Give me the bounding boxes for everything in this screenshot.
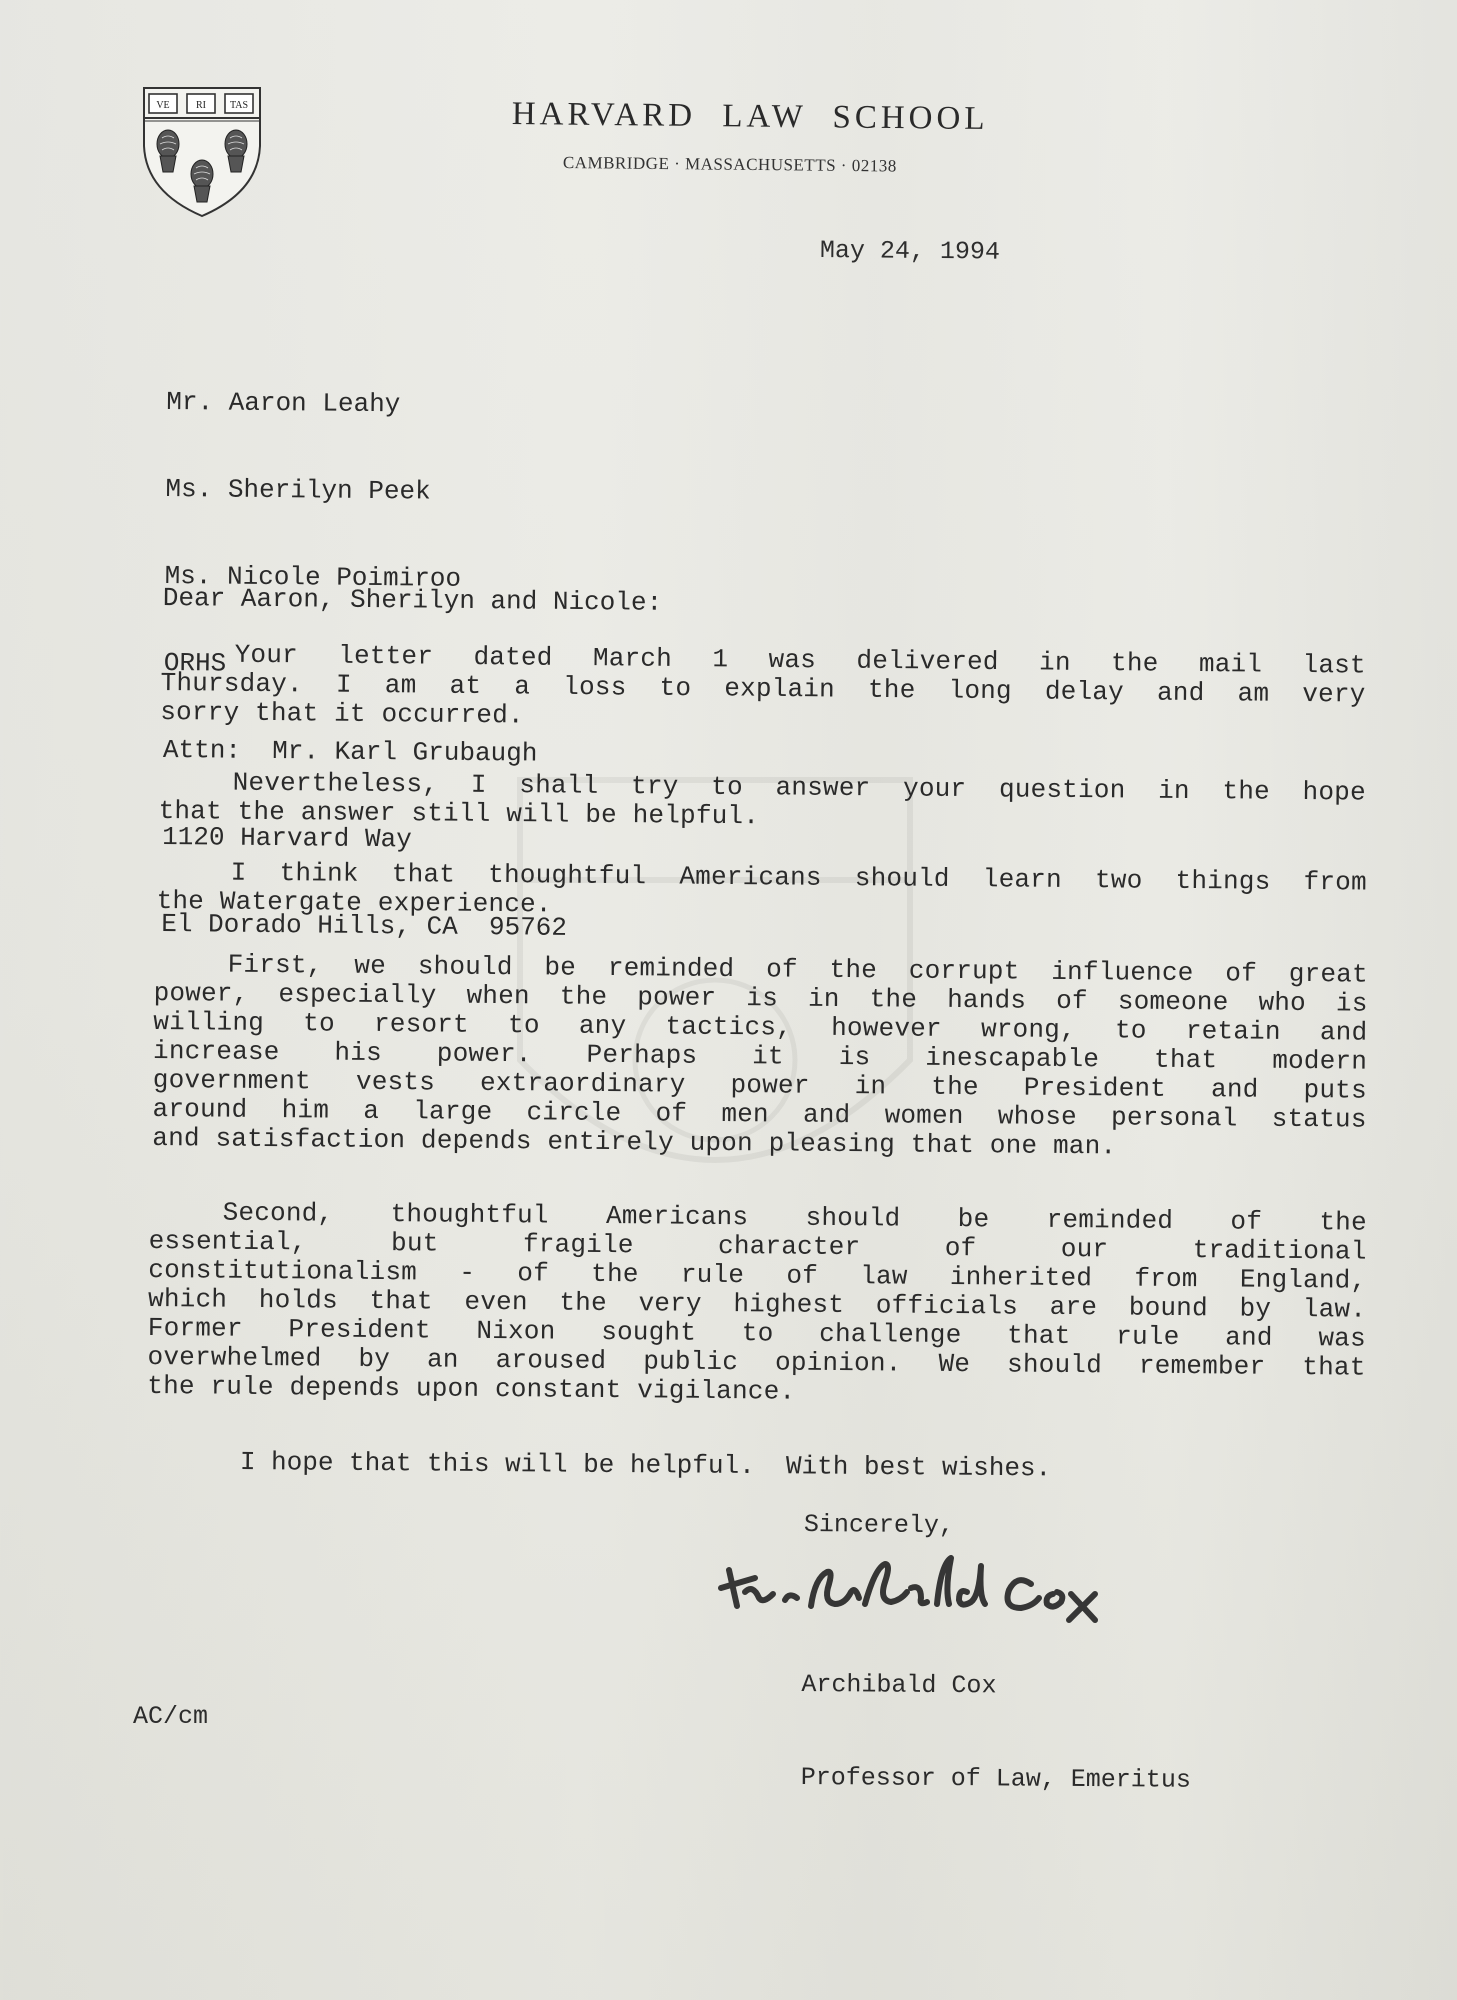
body-paragraph: Second, thoughtful Americans should be r… xyxy=(147,1198,1367,1412)
letterhead-institution: HARVARD LAW SCHOOL xyxy=(512,96,989,138)
sign-off: Sincerely, xyxy=(804,1510,954,1540)
crest-motto-tas: TAS xyxy=(230,100,248,111)
signer-block: Archibald Cox Professor of Law, Emeritus xyxy=(800,1607,1192,1858)
body-paragraph: I think that thoughtful Americans should… xyxy=(156,858,1366,927)
shield-crest-icon: VE RI TAS xyxy=(140,84,264,220)
letter-page: VE RI TAS HARVARD LAW SCHOOL CAMBRIDGE ·… xyxy=(0,0,1457,2000)
signer-name: Archibald Cox xyxy=(801,1669,1191,1703)
body-paragraph: Nevertheless, I shall try to answer your… xyxy=(158,768,1365,837)
letterhead-address: CAMBRIDGE · MASSACHUSETTS · 02138 xyxy=(563,153,897,176)
crest-motto-ve: VE xyxy=(156,100,169,111)
body-paragraph: First, we should be reminded of the corr… xyxy=(152,950,1368,1164)
body-paragraph: Your letter dated March 1 was delivered … xyxy=(160,640,1366,739)
recipient-line: Ms. Sherilyn Peek xyxy=(165,475,571,508)
recipient-line: Attn: Mr. Karl Grubaugh xyxy=(163,736,569,769)
letter-date: May 24, 1994 xyxy=(820,236,1000,267)
signer-title: Professor of Law, Emeritus xyxy=(801,1762,1191,1796)
crest-motto-ri: RI xyxy=(196,100,206,111)
typist-initials: AC/cm xyxy=(133,1702,208,1731)
recipient-line: Mr. Aaron Leahy xyxy=(166,388,572,421)
closing-line: I hope that this will be helpful. With b… xyxy=(240,1447,1052,1483)
salutation: Dear Aaron, Sherilyn and Nicole: xyxy=(163,584,663,618)
